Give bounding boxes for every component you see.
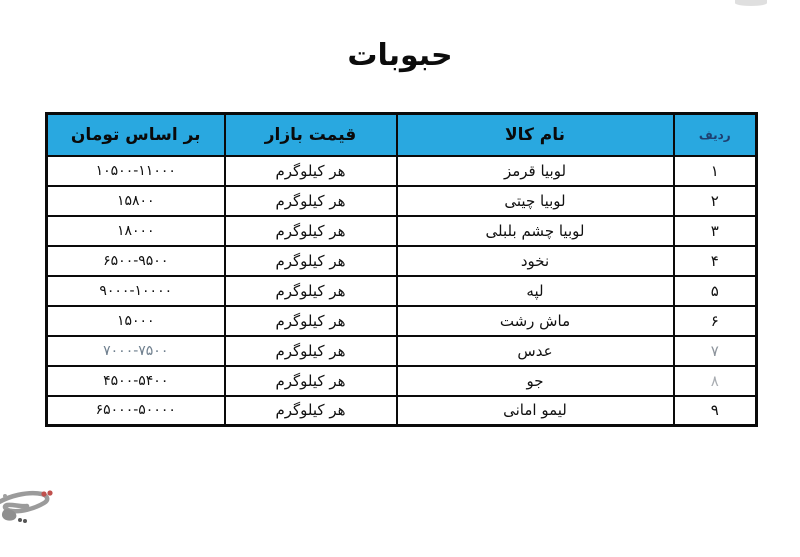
row-number-cell: ۶ [674, 306, 757, 336]
row-number-cell: ۷ [674, 336, 757, 366]
row-number-cell: ۹ [674, 396, 757, 426]
price-cell: ۹۰۰۰-۱۰۰۰۰ [47, 276, 225, 306]
header-product-name: نام کالا [397, 114, 674, 156]
row-number-cell: ۲ [674, 186, 757, 216]
unit-cell: هر کیلوگرم [225, 276, 397, 306]
unit-cell: هر کیلوگرم [225, 306, 397, 336]
unit-cell: هر کیلوگرم [225, 246, 397, 276]
product-name-cell: لیمو امانی [397, 396, 674, 426]
table-row: ۵ لپه هر کیلوگرم ۹۰۰۰-۱۰۰۰۰ [47, 276, 757, 306]
price-cell: ۴۵۰۰-۵۴۰۰ [47, 366, 225, 396]
product-name-cell: نخود [397, 246, 674, 276]
price-cell: ۶۵۰۰۰-۵۰۰۰۰ [47, 396, 225, 426]
unit-cell: هر کیلوگرم [225, 216, 397, 246]
header-market-price: قیمت بازار [225, 114, 397, 156]
row-number-cell: ۴ [674, 246, 757, 276]
product-name-cell: لوبیا چیتی [397, 186, 674, 216]
row-number-cell: ۱ [674, 156, 757, 186]
row-number-cell: ۳ [674, 216, 757, 246]
table-row: ۲ لوبیا چیتی هر کیلوگرم ۱۵۸۰۰ [47, 186, 757, 216]
table-row: ۹ لیمو امانی هر کیلوگرم ۶۵۰۰۰-۵۰۰۰۰ [47, 396, 757, 426]
table-row: ۷ عدس هر کیلوگرم ۷۰۰۰-۷۵۰۰ [47, 336, 757, 366]
cropped-edge-artifact [735, 0, 767, 6]
product-name-cell: لپه [397, 276, 674, 306]
price-cell: ۱۰۵۰۰-۱۱۰۰۰ [47, 156, 225, 186]
unit-cell: هر کیلوگرم [225, 186, 397, 216]
unit-cell: هر کیلوگرم [225, 366, 397, 396]
product-name-cell: لوبیا چشم بلبلی [397, 216, 674, 246]
table-row: ۸ جو هر کیلوگرم ۴۵۰۰-۵۴۰۰ [47, 366, 757, 396]
price-cell: ۶۵۰۰-۹۵۰۰ [47, 246, 225, 276]
price-cell: ۷۰۰۰-۷۵۰۰ [47, 336, 225, 366]
table-row: ۶ ماش رشت هر کیلوگرم ۱۵۰۰۰ [47, 306, 757, 336]
price-cell: ۱۵۰۰۰ [47, 306, 225, 336]
unit-cell: هر کیلوگرم [225, 336, 397, 366]
product-name-cell: لوبیا قرمز [397, 156, 674, 186]
table-row: ۴ نخود هر کیلوگرم ۶۵۰۰-۹۵۰۰ [47, 246, 757, 276]
row-number-cell: ۸ [674, 366, 757, 396]
price-cell: ۱۵۸۰۰ [47, 186, 225, 216]
news-graphic-page: { "page": { "title": "حبوبات" }, "table"… [0, 0, 800, 557]
table-row: ۱ لوبیا قرمز هر کیلوگرم ۱۰۵۰۰-۱۱۰۰۰ [47, 156, 757, 186]
unit-cell: هر کیلوگرم [225, 156, 397, 186]
legume-price-table: ردیف نام کالا قیمت بازار بر اساس تومان ۱… [45, 112, 758, 427]
product-name-cell: عدس [397, 336, 674, 366]
unit-cell: هر کیلوگرم [225, 396, 397, 426]
page-title: حبوبات [0, 38, 800, 73]
price-cell: ۱۸۰۰۰ [47, 216, 225, 246]
table-row: ۳ لوبیا چشم بلبلی هر کیلوگرم ۱۸۰۰۰ [47, 216, 757, 246]
product-name-cell: ماش رشت [397, 306, 674, 336]
row-number-cell: ۵ [674, 276, 757, 306]
header-toman-basis: بر اساس تومان [47, 114, 225, 156]
table-header-row: ردیف نام کالا قیمت بازار بر اساس تومان [47, 114, 757, 156]
product-name-cell: جو [397, 366, 674, 396]
tasnim-calligraphy-logo-fragment-icon [0, 478, 62, 557]
header-row-number: ردیف [674, 114, 757, 156]
